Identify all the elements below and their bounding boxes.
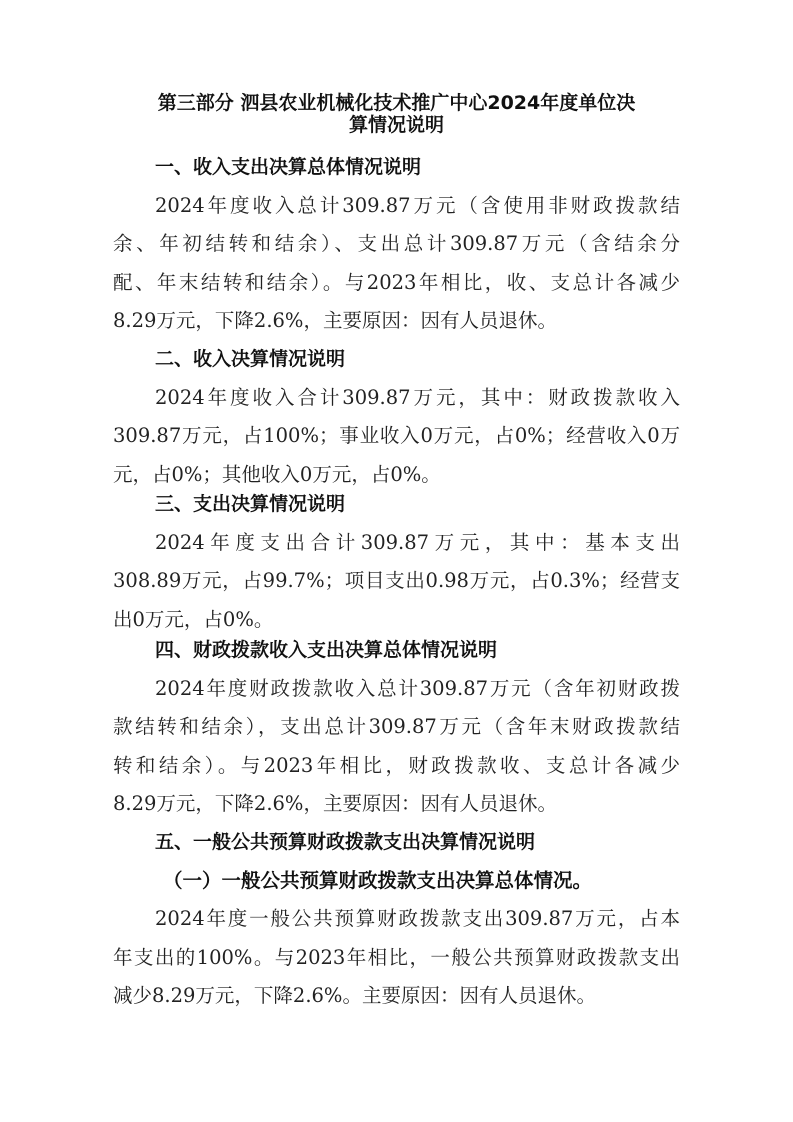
section-heading: 五、一般公共预算财政拨款支出决算情况说明 (113, 823, 680, 862)
section-fiscal-appropriation: 四、财政拨款收入支出决算总体情况说明 2024年度财政拨款收入总计309.87万… (113, 631, 680, 824)
section-heading: 二、收入决算情况说明 (113, 340, 680, 379)
section-heading: 一、收入支出决算总体情况说明 (113, 148, 680, 187)
paragraph-line: 8.29万元，下降2.6%，主要原因：因有人员退休。 (113, 302, 680, 341)
document-page: 第三部分 泗县农业机械化技术推广中心2024年度单位决 算情况说明 一、收入支出… (0, 0, 793, 1122)
section-paragraph: 2024年度收入合计309.87万元，其中：财政拨款收入 309.87万元，占1… (113, 379, 680, 495)
paragraph-line: 2024年度一般公共预算财政拨款支出309.87万元，占本 (113, 900, 680, 939)
section-expenditure: 三、支出决算情况说明 2024年度支出合计309.87万元，其中：基本支出 30… (113, 485, 680, 639)
paragraph-line: 年支出的100%。与2023年相比，一般公共预算财政拨款支出 (113, 939, 680, 978)
section-paragraph: 2024年度一般公共预算财政拨款支出309.87万元，占本 年支出的100%。与… (113, 900, 680, 1016)
paragraph-line: 308.89万元，占99.7%；项目支出0.98万元，占0.3%；经营支 (113, 562, 680, 601)
paragraph-line: 配、年末结转和结余）。与2023年相比，收、支总计各减少 (113, 264, 680, 303)
paragraph-line: 款结转和结余），支出总计309.87万元（含年末财政拨款结 (113, 708, 680, 747)
section-paragraph: 2024年度支出合计309.87万元，其中：基本支出 308.89万元，占99.… (113, 524, 680, 640)
section-income: 二、收入决算情况说明 2024年度收入合计309.87万元，其中：财政拨款收入 … (113, 340, 680, 494)
paragraph-line: 2024年度支出合计309.87万元，其中：基本支出 (113, 524, 680, 563)
section-paragraph: 2024年度财政拨款收入总计309.87万元（含年初财政拨 款结转和结余），支出… (113, 670, 680, 824)
paragraph-line: 309.87万元，占100%；事业收入0万元，占0%；经营收入0万 (113, 417, 680, 456)
section-general-public-budget: 五、一般公共预算财政拨款支出决算情况说明 （一）一般公共预算财政拨款支出决算总体… (113, 823, 680, 1016)
paragraph-line: 8.29万元，下降2.6%，主要原因：因有人员退休。 (113, 785, 680, 824)
section-heading: 三、支出决算情况说明 (113, 485, 680, 524)
paragraph-line: 2024年度收入合计309.87万元，其中：财政拨款收入 (113, 379, 680, 418)
section-income-expenditure-overview: 一、收入支出决算总体情况说明 2024年度收入总计309.87万元（含使用非财政… (113, 148, 680, 341)
document-title: 第三部分 泗县农业机械化技术推广中心2024年度单位决 算情况说明 (113, 92, 680, 136)
section-subheading: （一）一般公共预算财政拨款支出决算总体情况。 (113, 862, 680, 901)
section-heading: 四、财政拨款收入支出决算总体情况说明 (113, 631, 680, 670)
title-line: 算情况说明 (113, 114, 680, 136)
paragraph-line: 余、年初结转和结余）、支出总计309.87万元（含结余分 (113, 225, 680, 264)
paragraph-line: 2024年度财政拨款收入总计309.87万元（含年初财政拨 (113, 670, 680, 709)
paragraph-line: 转和结余）。与2023年相比，财政拨款收、支总计各减少 (113, 747, 680, 786)
paragraph-line: 2024年度收入总计309.87万元（含使用非财政拨款结 (113, 187, 680, 226)
section-paragraph: 2024年度收入总计309.87万元（含使用非财政拨款结 余、年初结转和结余）、… (113, 187, 680, 341)
title-line: 第三部分 泗县农业机械化技术推广中心2024年度单位决 (113, 92, 680, 114)
paragraph-line: 减少8.29万元，下降2.6%。主要原因：因有人员退休。 (113, 977, 680, 1016)
